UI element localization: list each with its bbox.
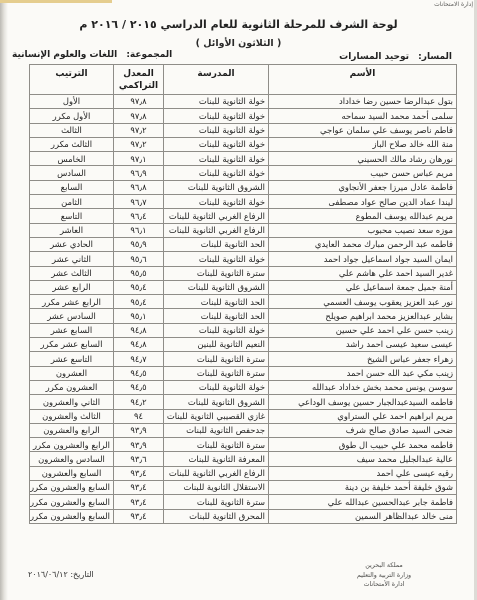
school-cell: الرفاع الغربي الثانوية للبنات: [164, 223, 269, 237]
gpa-cell: ٩٣٫٦: [114, 452, 164, 466]
school-cell: سترة الثانوية للبنات: [164, 438, 269, 452]
ministry-signature-block: مملكة البحرين وزارة التربية والتعليم ادا…: [329, 561, 439, 590]
gpa-cell: ٩٧٫٢: [114, 123, 164, 137]
group-line: المجموعة: اللغات والعلوم الإنسانية: [12, 50, 172, 60]
table-body: بتول عبدالرضا حسين رضا خدادادخولة الثانو…: [30, 95, 457, 524]
school-cell: خولة الثانوية للبنات: [164, 95, 269, 109]
table-row: بشاير عبدالعزيز محمد ابراهيم صويلحالحد ا…: [30, 309, 457, 323]
org-line-exams: ادارة الأمتحانات: [329, 580, 439, 590]
rank-cell: الخامس: [30, 152, 114, 166]
rank-cell: العاشر: [30, 223, 114, 237]
rank-cell: التاسع عشر: [30, 352, 114, 366]
rank-cell: الثالث عشر: [30, 266, 114, 280]
school-cell: سترة الثانوية للبنات: [164, 266, 269, 280]
gpa-cell: ٩٥٫١: [114, 309, 164, 323]
school-cell: خولة الثانوية للبنات: [164, 137, 269, 151]
column-header-name: الأسم: [269, 65, 457, 95]
school-cell: الشروق الثانوية للبنات: [164, 280, 269, 294]
table-row: شوق خليفة أحمد خليفة بن دينةالاستقلال ال…: [30, 481, 457, 495]
name-cell: زينب حسن علي احمد علي حسين: [269, 323, 457, 337]
rank-cell: الثالث مكرر: [30, 137, 114, 151]
date-line: التاريخ: ٢٠١٦/٠٦/١٢: [28, 570, 94, 579]
table-row: سلمى أحمد محمد السيد سماحهخولة الثانوية …: [30, 109, 457, 123]
rank-cell: السابع والعشرون مكرر: [30, 495, 114, 509]
table-row: مريم عبدالله يوسف المطوعالرفاع الغربي ال…: [30, 209, 457, 223]
track-label: المسار:: [418, 52, 452, 62]
gpa-cell: ٩٤٫٧: [114, 352, 164, 366]
gpa-cell: ٩٣٫٩: [114, 423, 164, 437]
rank-cell: السابع عشر: [30, 323, 114, 337]
name-cell: عيسى سعيد عيسى احمد راشد: [269, 338, 457, 352]
gpa-cell: ٩٦٫٨: [114, 180, 164, 194]
table-row: فاطمة عادل ميرزا جعفر الأنجاويالشروق الث…: [30, 180, 457, 194]
gpa-cell: ٩٦٫٧: [114, 195, 164, 209]
school-cell: جدحفص الثانوية للبنات: [164, 423, 269, 437]
rank-cell: الرابع والعشرون مكرر: [30, 438, 114, 452]
school-cell: المحرق الثانوية للبنات: [164, 509, 269, 523]
rank-cell: الثالث والعشرون: [30, 409, 114, 423]
name-cell: موزه سعد نصيب محبوب: [269, 223, 457, 237]
school-cell: الاستقلال الثانوية للبنات: [164, 481, 269, 495]
track-line: المسار: توحيد المسارات: [339, 52, 452, 62]
scan-edge-left: [0, 0, 8, 600]
table-row: مريم ابراهيم احمد علي الستراويغازي القصي…: [30, 409, 457, 423]
table-row: بتول عبدالرضا حسين رضا خدادادخولة الثانو…: [30, 95, 457, 109]
name-cell: غدير السيد احمد علي هاشم علي: [269, 266, 457, 280]
table-row: غدير السيد احمد علي هاشم عليسترة الثانوي…: [30, 266, 457, 280]
name-cell: سوسن يونس محمد بخش خداداد عبدالله: [269, 380, 457, 394]
org-line-ministry: وزارة التربية والتعليم: [329, 571, 439, 581]
table-row: عالية عبدالجليل محمد سيفالمعرفة الثانوية…: [30, 452, 457, 466]
gpa-cell: ٩٥٫٤: [114, 280, 164, 294]
name-cell: ليندا عماد الدين صالح عواد مصطفى: [269, 195, 457, 209]
school-cell: غازي القصيبي الثانوية للبنات: [164, 409, 269, 423]
gpa-cell: ٩٤: [114, 409, 164, 423]
name-cell: مريم عبدالله يوسف المطوع: [269, 209, 457, 223]
rank-cell: التاسع: [30, 209, 114, 223]
school-cell: الحد الثانوية للبنات: [164, 309, 269, 323]
name-cell: فاطمة عادل ميرزا جعفر الأنجاوي: [269, 180, 457, 194]
name-cell: منى خالد عبدالظاهر السمين: [269, 509, 457, 523]
gpa-cell: ٩٤٫٥: [114, 380, 164, 394]
name-cell: مريم عباس حسن حبيب: [269, 166, 457, 180]
table-row: فاطم ناصر يوسف علي سلمان عواجيخولة الثان…: [30, 123, 457, 137]
gpa-cell: ٩٣٫٤: [114, 481, 164, 495]
name-cell: ايمان السيد جواد اسماعيل جواد احمد: [269, 252, 457, 266]
rank-cell: الثامن: [30, 195, 114, 209]
table-row: منة الله خالد صلاح البازخولة الثانوية لل…: [30, 137, 457, 151]
gpa-cell: ٩٧٫١: [114, 152, 164, 166]
rank-cell: العشرون: [30, 366, 114, 380]
name-cell: زينب مكي عبد الله حسن احمد: [269, 366, 457, 380]
rank-cell: الأول مكرر: [30, 109, 114, 123]
school-cell: خولة الثانوية للبنات: [164, 166, 269, 180]
rank-cell: السابع: [30, 180, 114, 194]
group-label: المجموعة:: [126, 50, 172, 60]
school-cell: سترة الثانوية للبنات: [164, 366, 269, 380]
gpa-cell: ٩٤٫٥: [114, 366, 164, 380]
school-cell: خولة الثانوية للبنات: [164, 123, 269, 137]
school-cell: الشروق الثانوية للبنات: [164, 180, 269, 194]
name-cell: بشاير عبدالعزيز محمد ابراهيم صويلح: [269, 309, 457, 323]
name-cell: فاطمه محمد علي حبيب ال طوق: [269, 438, 457, 452]
exams-admin-corner-note: إدارة الامتحانات: [434, 1, 473, 8]
table-row: زينب حسن علي احمد علي حسينخولة الثانوية …: [30, 323, 457, 337]
gpa-cell: ٩٧٫٨: [114, 95, 164, 109]
school-cell: خولة الثانوية للبنات: [164, 195, 269, 209]
gpa-cell: ٩٦٫١: [114, 223, 164, 237]
name-cell: فاطمة جابر عبدالحسين عبدالله علي: [269, 495, 457, 509]
name-cell: عالية عبدالجليل محمد سيف: [269, 452, 457, 466]
table-row: منى خالد عبدالظاهر السمينالمحرق الثانوية…: [30, 509, 457, 523]
date-value: ٢٠١٦/٠٦/١٢: [28, 570, 68, 579]
scan-top-streak: [0, 0, 112, 3]
gpa-cell: ٩٦٫٤: [114, 209, 164, 223]
name-cell: نور عبد العزيز يعقوب يوسف العسمي: [269, 295, 457, 309]
rank-cell: السادس: [30, 166, 114, 180]
table-row: فاطمه السيدعبدالجبار حسين يوسف الوداعيال…: [30, 395, 457, 409]
name-cell: أمنة جميل جمعة اسماعيل علي: [269, 280, 457, 294]
table-row: مريم عباس حسن حبيبخولة الثانوية للبنات٩٦…: [30, 166, 457, 180]
school-cell: خولة الثانوية للبنات: [164, 252, 269, 266]
rank-cell: الحادي عشر: [30, 237, 114, 251]
group-value: اللغات والعلوم الإنسانية: [12, 50, 117, 60]
name-cell: نورهان رشاد مالك الحسيني: [269, 152, 457, 166]
gpa-cell: ٩٣٫٤: [114, 509, 164, 523]
gpa-cell: ٩٥٫٥: [114, 266, 164, 280]
honor-roll-table: الأسم المدرسة المعدل التراكمي الترتيب بت…: [29, 64, 457, 524]
table-row: ضحى السيد صادق صالح شرفجدحفص الثانوية لل…: [30, 423, 457, 437]
gpa-cell: ٩٧٫٨: [114, 109, 164, 123]
name-cell: مريم ابراهيم احمد علي الستراوي: [269, 409, 457, 423]
gpa-cell: ٩٤٫٨: [114, 323, 164, 337]
name-cell: فاطمه السيدعبدالجبار حسين يوسف الوداعي: [269, 395, 457, 409]
name-cell: بتول عبدالرضا حسين رضا خداداد: [269, 95, 457, 109]
name-cell: ضحى السيد صادق صالح شرف: [269, 423, 457, 437]
name-cell: منة الله خالد صلاح الباز: [269, 137, 457, 151]
name-cell: زهراء جعفر عباس الشيخ: [269, 352, 457, 366]
school-cell: الرفاع الغربي الثانوية للبنات: [164, 466, 269, 480]
name-cell: فاطم ناصر يوسف علي سلمان عواجي: [269, 123, 457, 137]
school-cell: سترة الثانوية للبنات: [164, 495, 269, 509]
rank-cell: الرابع عشر مكرر: [30, 295, 114, 309]
school-cell: الشروق الثانوية للبنات: [164, 395, 269, 409]
school-cell: سترة الثانوية للبنات: [164, 352, 269, 366]
rank-cell: الثاني عشر: [30, 252, 114, 266]
rank-cell: السابع والعشرون مكرر: [30, 509, 114, 523]
school-cell: النعيم الثانوية للبنين: [164, 338, 269, 352]
rank-cell: العشرون مكرر: [30, 380, 114, 394]
gpa-cell: ٩٣٫٩: [114, 438, 164, 452]
school-cell: الرفاع الغربي الثانوية للبنات: [164, 209, 269, 223]
gpa-cell: ٩٣٫٤: [114, 495, 164, 509]
school-cell: خولة الثانوية للبنات: [164, 380, 269, 394]
track-value: توحيد المسارات: [339, 52, 409, 62]
school-cell: خولة الثانوية للبنات: [164, 323, 269, 337]
table-row: نور عبد العزيز يعقوب يوسف العسميالحد الث…: [30, 295, 457, 309]
table-row: عيسى سعيد عيسى احمد راشدالنعيم الثانوية …: [30, 338, 457, 352]
table-header-row: الأسم المدرسة المعدل التراكمي الترتيب: [30, 65, 457, 95]
column-header-school: المدرسة: [164, 65, 269, 95]
rank-cell: السابع والعشرون: [30, 466, 114, 480]
table-row: زينب مكي عبد الله حسن احمدسترة الثانوية …: [30, 366, 457, 380]
gpa-cell: ٩٥٫٦: [114, 252, 164, 266]
gpa-cell: ٩٤٫٨: [114, 338, 164, 352]
table-row: ليندا عماد الدين صالح عواد مصطفىخولة الث…: [30, 195, 457, 209]
rank-cell: الثاني والعشرون: [30, 395, 114, 409]
table-row: فاطمه عبد الرحمن مبارك محمد العايديالحد …: [30, 237, 457, 251]
column-header-gpa: المعدل التراكمي: [114, 65, 164, 95]
name-cell: سلمى أحمد محمد السيد سماحه: [269, 109, 457, 123]
rank-cell: السادس عشر: [30, 309, 114, 323]
rank-cell: السادس والعشرون: [30, 452, 114, 466]
school-cell: الحد الثانوية للبنات: [164, 295, 269, 309]
date-label: التاريخ:: [70, 570, 93, 579]
table-row: أمنة جميل جمعة اسماعيل عليالشروق الثانوي…: [30, 280, 457, 294]
rank-cell: السابع عشر مكرر: [30, 338, 114, 352]
school-cell: خولة الثانوية للبنات: [164, 152, 269, 166]
table-row: زهراء جعفر عباس الشيخسترة الثانوية للبنا…: [30, 352, 457, 366]
gpa-cell: ٩٣٫٤: [114, 466, 164, 480]
gpa-cell: ٩٥٫٤: [114, 295, 164, 309]
gpa-cell: ٩٧٫٢: [114, 137, 164, 151]
school-cell: المعرفة الثانوية للبنات: [164, 452, 269, 466]
rank-cell: السابع والعشرون مكرر: [30, 481, 114, 495]
page-title: لوحة الشرف للمرحلة الثانوية للعام الدراس…: [0, 18, 477, 31]
column-header-rank: الترتيب: [30, 65, 114, 95]
table-row: نورهان رشاد مالك الحسينيخولة الثانوية لل…: [30, 152, 457, 166]
table-row: ايمان السيد جواد اسماعيل جواد احمدخولة ا…: [30, 252, 457, 266]
school-cell: الحد الثانوية للبنات: [164, 237, 269, 251]
gpa-cell: ٩٦٫٩: [114, 166, 164, 180]
name-cell: رقيه عيسى علي احمد: [269, 466, 457, 480]
table-row: رقيه عيسى علي احمدالرفاع الغربي الثانوية…: [30, 466, 457, 480]
table-row: فاطمة جابر عبدالحسين عبدالله عليسترة الث…: [30, 495, 457, 509]
page-subtitle: ( الثلاثون الأوائل ): [0, 38, 477, 49]
gpa-cell: ٩٥٫٩: [114, 237, 164, 251]
table-row: سوسن يونس محمد بخش خداداد عبداللهخولة ال…: [30, 380, 457, 394]
org-line-kingdom: مملكة البحرين: [329, 561, 439, 571]
name-cell: شوق خليفة أحمد خليفة بن دينة: [269, 481, 457, 495]
scanned-honor-roll-page: إدارة الامتحانات لوحة الشرف للمرحلة الثا…: [0, 0, 477, 600]
rank-cell: الرابع عشر: [30, 280, 114, 294]
rank-cell: الأول: [30, 95, 114, 109]
gpa-cell: ٩٤٫٢: [114, 395, 164, 409]
name-cell: فاطمه عبد الرحمن مبارك محمد العايدي: [269, 237, 457, 251]
school-cell: خولة الثانوية للبنات: [164, 109, 269, 123]
table-row: موزه سعد نصيب محبوبالرفاع الغربي الثانوي…: [30, 223, 457, 237]
rank-cell: الثالث: [30, 123, 114, 137]
rank-cell: الرابع والعشرون: [30, 423, 114, 437]
table-row: فاطمه محمد علي حبيب ال طوقسترة الثانوية …: [30, 438, 457, 452]
